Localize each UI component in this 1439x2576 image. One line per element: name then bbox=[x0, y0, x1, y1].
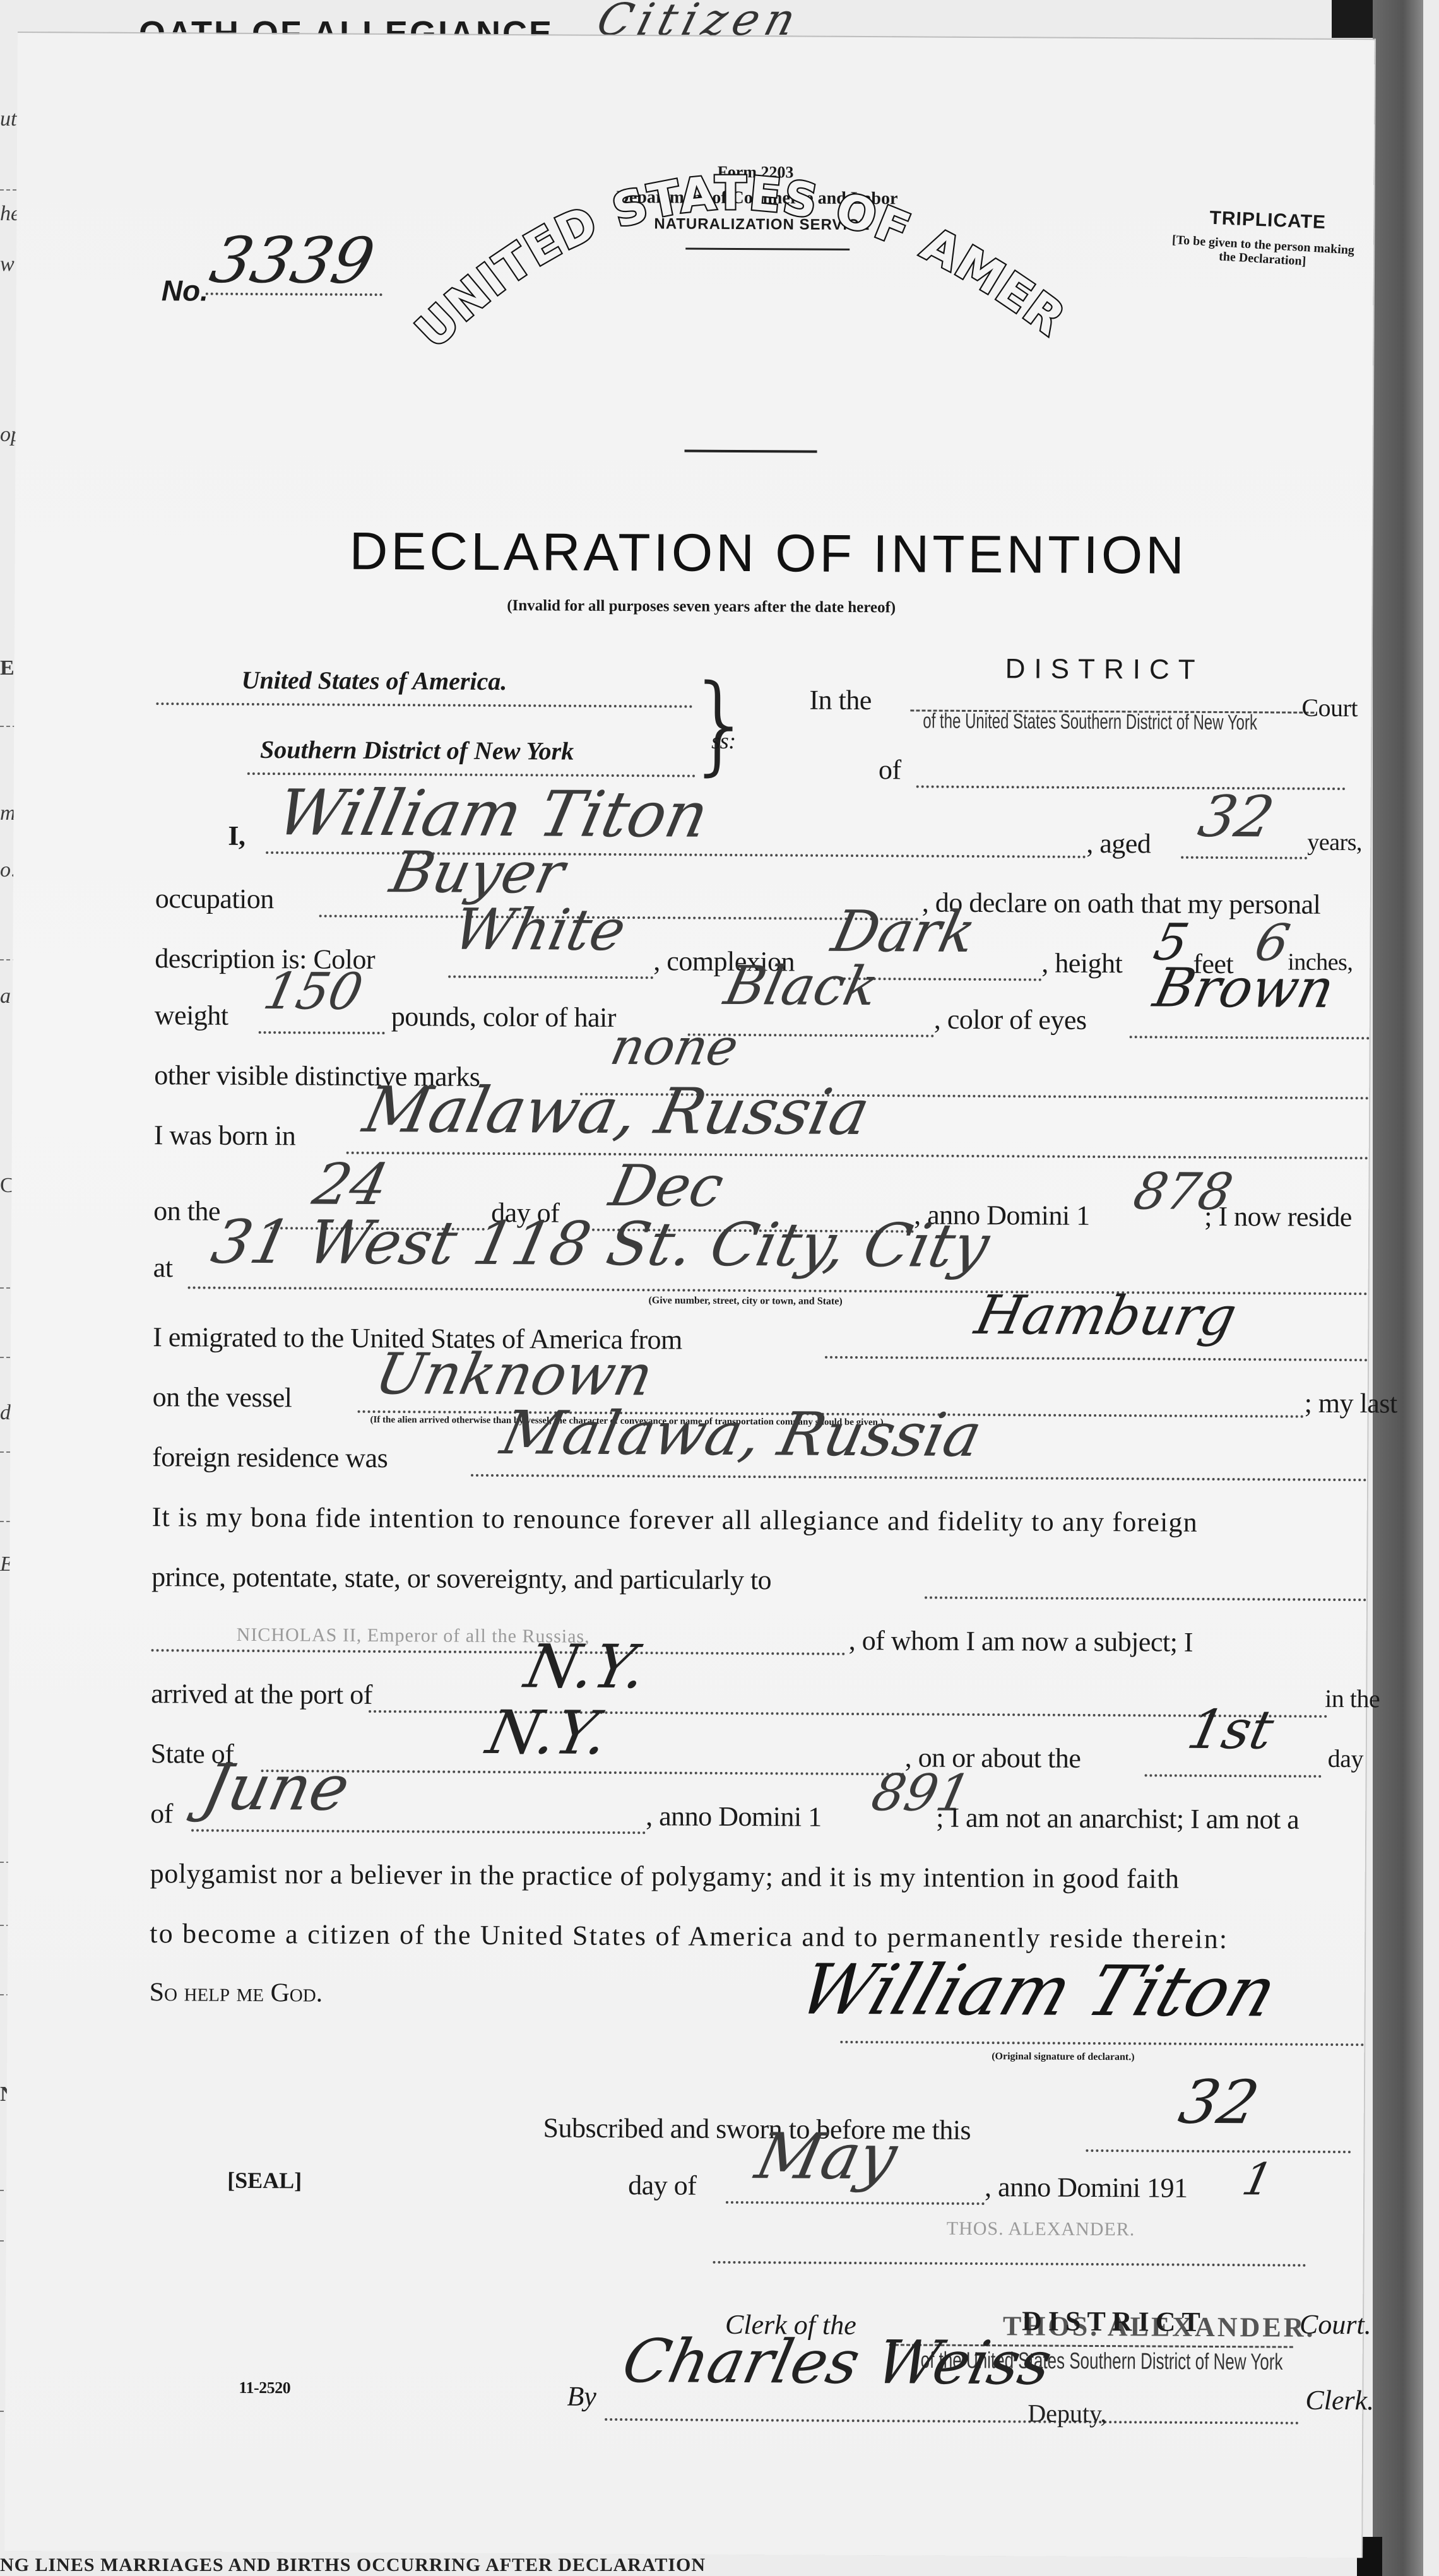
subject-label: , of whom I am now a subject; I bbox=[849, 1624, 1193, 1658]
day-label: day bbox=[1328, 1744, 1364, 1773]
reside-label: ; I now reside bbox=[1204, 1200, 1352, 1233]
pounds-hair-label: pounds, color of hair bbox=[391, 1000, 616, 1034]
eyes-value: Brown bbox=[1148, 957, 1339, 1020]
venue-brace: } bbox=[686, 671, 755, 779]
clerk-label: Clerk. bbox=[1305, 2384, 1374, 2417]
aged-label: , aged bbox=[1086, 827, 1151, 860]
margin-fragment: a bbox=[0, 984, 11, 1008]
height-label: , height bbox=[1041, 947, 1122, 980]
citizenship-line: to become a citizen of the United States… bbox=[150, 1917, 1228, 1955]
clerk-court-label: Court. bbox=[1300, 2308, 1371, 2341]
clerk-signature-line bbox=[713, 2261, 1306, 2267]
color-line bbox=[448, 976, 653, 979]
polygamy-line: polygamist nor a believer in the practic… bbox=[150, 1857, 1180, 1895]
venue-country: United States of America. bbox=[242, 665, 507, 696]
by-label: By bbox=[567, 2380, 596, 2413]
deputy-label: Deputy, bbox=[1027, 2398, 1106, 2428]
margin-fragment: ut bbox=[0, 107, 16, 131]
sworn-month-value: May bbox=[750, 2119, 904, 2194]
declarant-signature: William Titon bbox=[790, 1949, 1288, 2033]
oath-closing: So help me God. bbox=[150, 1977, 323, 2008]
underlying-handwriting: Citizen bbox=[594, 0, 1048, 38]
anarchist-label: ; I am not an anarchist; I am not a bbox=[936, 1802, 1299, 1836]
birthplace-value: Malawa, Russia bbox=[357, 1073, 876, 1149]
renunciation-line-2: prince, potentate, state, or sovereignty… bbox=[151, 1561, 771, 1596]
state-line bbox=[261, 1770, 905, 1775]
arrival-day-line bbox=[1145, 1774, 1322, 1777]
port-label: arrived at the port of bbox=[151, 1677, 372, 1711]
court-district-stamp: of the United States Southern District o… bbox=[923, 709, 1257, 736]
venue-line bbox=[156, 702, 692, 707]
declaration-of-intention-title: DECLARATION OF INTENTION bbox=[349, 521, 1187, 586]
birthplace-line bbox=[346, 1152, 1369, 1159]
my-last-label: ; my last bbox=[1305, 1387, 1397, 1420]
weight-line bbox=[259, 1031, 385, 1034]
eyes-line bbox=[1130, 1036, 1370, 1039]
court-type-stamp: DISTRICT bbox=[1005, 653, 1204, 686]
vessel-label: on the vessel bbox=[153, 1381, 292, 1414]
hair-value: Black bbox=[719, 955, 884, 1018]
sworn-day-value: 32 bbox=[1173, 2068, 1265, 2138]
deputy-signature: Charles Weiss bbox=[617, 2327, 1058, 2398]
name-line bbox=[266, 851, 1086, 858]
title-rule bbox=[685, 450, 817, 453]
arc-title: UNITED STATES OF AMERICA bbox=[16, 33, 1375, 393]
emigrated-from-value: Hamburg bbox=[970, 1284, 1242, 1348]
validity-note: (Invalid for all purposes seven years af… bbox=[507, 597, 896, 617]
declaration-form: No. 3339 Form 2203 Department of Commerc… bbox=[4, 32, 1375, 2558]
born-label: I was born in bbox=[154, 1119, 296, 1152]
sworn-month-line bbox=[726, 2201, 985, 2205]
in-the-label: In the bbox=[809, 684, 872, 717]
sworn-label: Subscribed and sworn to before me this bbox=[543, 2112, 971, 2146]
on-the-label: on the bbox=[153, 1195, 220, 1227]
residence-value: 31 West 118 St. City, City bbox=[206, 1208, 995, 1281]
age-value: 32 bbox=[1193, 784, 1279, 850]
eyes-label: , color of eyes bbox=[934, 1003, 1087, 1036]
binder-clip-shadow bbox=[1332, 0, 1376, 38]
signature-line bbox=[840, 2041, 1364, 2046]
arrival-month-value: June bbox=[196, 1751, 357, 1825]
weight-value: 150 bbox=[259, 962, 368, 1021]
age-line bbox=[1181, 856, 1307, 860]
of-label: of bbox=[879, 753, 901, 786]
port-value: N.Y. bbox=[519, 1632, 653, 1702]
court-label: Court bbox=[1301, 693, 1358, 723]
of-month-label: of bbox=[150, 1797, 173, 1829]
clerk-name-stamp: THOS. ALEXANDER. bbox=[947, 2218, 1135, 2241]
foreign-residence-value: Malawa, Russia bbox=[495, 1398, 987, 1470]
arrival-day-value: 1st bbox=[1182, 1699, 1279, 1762]
deputy-line bbox=[605, 2418, 1299, 2425]
page-edge-shadow bbox=[1373, 0, 1423, 2576]
united-states-of-america-heading: UNITED STATES OF AMERICA bbox=[254, 33, 1077, 362]
foreign-residence-label: foreign residence was bbox=[152, 1441, 388, 1474]
underlying-footer-text: NG LINES MARRIAGES AND BIRTHS OCCURRING … bbox=[0, 2555, 706, 2576]
renunciation-line-1: It is my bona fide intention to renounce… bbox=[152, 1501, 1198, 1539]
seal-placeholder: [SEAL] bbox=[227, 2167, 302, 2194]
i-label: I, bbox=[228, 820, 245, 852]
sovereign-line-a bbox=[925, 1597, 1366, 1602]
declare-label: , do declare on oath that my personal bbox=[922, 887, 1321, 921]
ss-label: ss: bbox=[711, 728, 736, 754]
sworn-day-of-label: day of bbox=[628, 2169, 696, 2202]
weight-label: weight bbox=[155, 999, 228, 1032]
signature-caption: (Original signature of declarant.) bbox=[992, 2051, 1134, 2063]
residence-caption: (Give number, street, city or town, and … bbox=[648, 1295, 842, 1308]
marks-value: none bbox=[605, 1017, 743, 1077]
margin-fragment: E bbox=[0, 656, 15, 680]
arrival-month-line bbox=[191, 1829, 646, 1834]
years-label: years, bbox=[1307, 829, 1362, 856]
in-the-state-label: in the bbox=[1325, 1684, 1380, 1713]
sworn-year-value: 1 bbox=[1238, 2153, 1277, 2205]
emigrated-from-line bbox=[825, 1356, 1368, 1362]
occupation-label: occupation bbox=[155, 882, 274, 915]
margin-fragment: w bbox=[0, 252, 15, 276]
arrival-anno-label: , anno Domini 1 bbox=[646, 1800, 822, 1833]
at-label: at bbox=[153, 1251, 173, 1284]
of-line bbox=[916, 785, 1346, 790]
sovereign-line-b bbox=[151, 1649, 846, 1655]
venue-district: Southern District of New York bbox=[260, 735, 574, 766]
foreign-residence-line bbox=[471, 1474, 1367, 1481]
color-value: White bbox=[447, 897, 632, 964]
sworn-day-line bbox=[1086, 2149, 1351, 2153]
sworn-anno-label: , anno Domini 191 bbox=[985, 2171, 1188, 2204]
print-code: 11-2520 bbox=[239, 2378, 290, 2397]
state-value: N.Y. bbox=[481, 1698, 615, 1768]
